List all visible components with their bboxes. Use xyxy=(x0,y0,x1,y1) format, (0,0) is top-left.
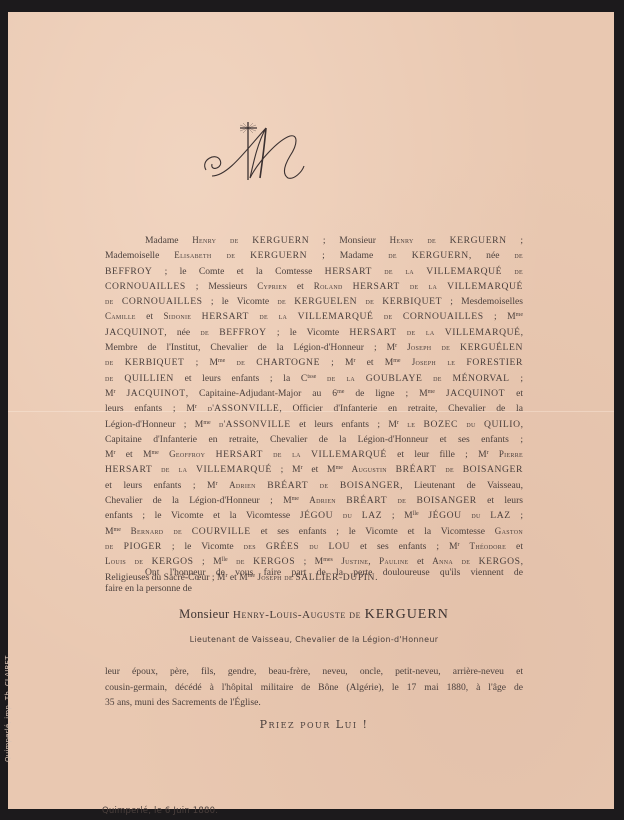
deceased-surname: KERGUERN xyxy=(365,607,449,622)
family-list-line: de KERBIQUET ; Mme de CHARTOGNE ; Mr et … xyxy=(105,355,523,370)
family-list-line: enfants ; le Vicomte et la Vicomtesse JÉ… xyxy=(105,508,523,523)
family-list-line: Mademoiselle Elisabeth de KERGUERN ; Mad… xyxy=(105,248,523,263)
family-list-line: de CORNOUAILLES ; le Vicomte de KERGUELE… xyxy=(105,294,523,309)
family-list-line: CORNOUAILLES ; Messieurs Cyprien et Rola… xyxy=(105,279,523,294)
family-list-line: HERSART de la VILLEMARQUÉ ; Mr et Mme Au… xyxy=(105,462,523,477)
family-list-line: JACQUINOT, née de BEFFROY ; le Vicomte H… xyxy=(105,325,523,340)
announcement-line: faire en la personne de xyxy=(105,581,523,597)
family-list-line: Légion-d'Honneur ; Mme d'ASSONVILLE et l… xyxy=(105,417,523,432)
family-list-line: et leurs enfants ; Mr Adrien BRÉART de B… xyxy=(105,478,523,493)
announcement-line: Ont l'honneur de vous faire part de la p… xyxy=(105,565,523,581)
announcement-paragraph: Ont l'honneur de vous faire part de la p… xyxy=(105,565,523,596)
family-list-line: Mr JACQUINOT, Capitaine-Adjudant-Major a… xyxy=(105,386,523,401)
family-list-line: Camille et Sidonie HERSART de la VILLEMA… xyxy=(105,309,523,324)
family-list-line: BEFFROY ; le Comte et la Comtesse HERSAR… xyxy=(105,264,523,279)
death-line: 35 ans, muni des Sacrements de l'Église. xyxy=(105,695,523,711)
family-list-line: Capitaine d'Infanterie en retraite, Chev… xyxy=(105,432,523,447)
deceased-prefix: Monsieur xyxy=(179,607,229,621)
family-list-line: Membre de l'Institut, Chevalier de la Lé… xyxy=(105,340,523,355)
family-list-line: leurs enfants ; Mr d'ASSONVILLE, Officie… xyxy=(105,401,523,416)
death-line: leur époux, père, fils, gendre, beau-frè… xyxy=(105,664,523,680)
family-list-line: de PIOGER ; le Vicomte des GRÉES du LOU … xyxy=(105,539,523,554)
monogram-m-cross-icon xyxy=(198,120,308,190)
family-list-line: Madame Henry de KERGUERN ; Monsieur Henr… xyxy=(105,233,523,248)
family-list: Madame Henry de KERGUERN ; Monsieur Henr… xyxy=(105,233,523,585)
death-paragraph: leur époux, père, fils, gendre, beau-frè… xyxy=(105,664,523,711)
family-list-line: Chevalier de la Légion-d'Honneur ; Mme A… xyxy=(105,493,523,508)
death-line: cousin-germain, décédé à l'hôpital milit… xyxy=(105,680,523,696)
prayer-line: Priez pour Lui ! xyxy=(105,718,523,731)
deceased-particle: de xyxy=(349,609,361,621)
mourning-letter-paper: Madame Henry de KERGUERN ; Monsieur Henr… xyxy=(8,12,614,809)
deceased-titles: Lieutenant de Vaisseau, Chevalier de la … xyxy=(105,635,523,644)
printer-imprint: Quimperlé, imp. Th. CLAIRET. xyxy=(4,654,12,762)
place-date: Quimperlé, le 6 Juin 1880. xyxy=(102,806,218,816)
family-list-line: de QUILLIEN et leurs enfants ; la Ctsse … xyxy=(105,371,523,386)
deceased-given-names: Henry-Louis-Auguste xyxy=(233,609,346,621)
family-list-line: Mr et Mme Geoffroy HERSART de la VILLEMA… xyxy=(105,447,523,462)
deceased-name: Monsieur Henry-Louis-Auguste de KERGUERN xyxy=(105,607,523,623)
family-list-line: Mme Bernard de COURVILLE et ses enfants … xyxy=(105,524,523,539)
